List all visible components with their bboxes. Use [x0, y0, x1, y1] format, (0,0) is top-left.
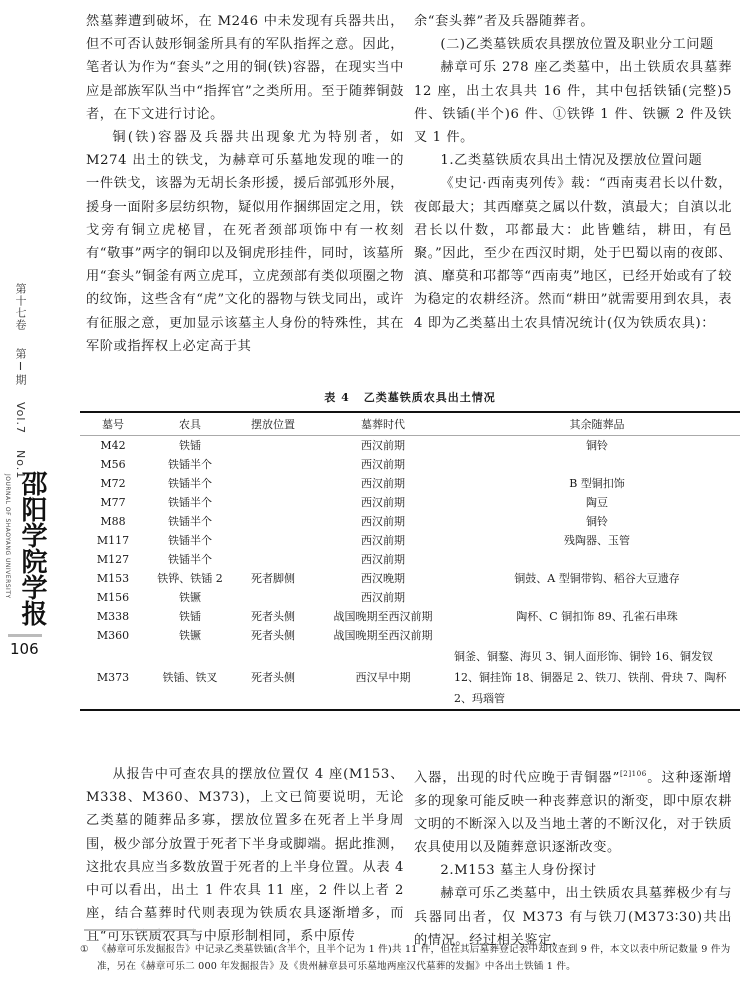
paragraph: 从报告中可查农具的摆放位置仅 4 座(M153、M338、M360、M373)，… [86, 763, 404, 949]
cell-tomb-id: M338 [80, 607, 146, 626]
cell-other-goods: 残陶器、玉管 [454, 531, 740, 550]
volume-en-label: Vol.7 [14, 402, 27, 434]
subsection-heading: 2.M153 墓主人身份探讨 [414, 859, 732, 882]
issue-label: 第Ⅰ期 [12, 348, 28, 386]
footnote: ① 《赫章可乐发掘报告》中记录乙类墓铁锸(含半个，且半个记为 1 件)共 11 … [80, 941, 740, 975]
table-row: M42 铁锸 西汉前期 铜铃 [80, 436, 740, 456]
cell-position [234, 531, 312, 550]
footnote-text: 《赫章可乐发掘报告》中记录乙类墓铁锸(含半个，且半个记为 1 件)共 11 件，… [97, 941, 740, 975]
cell-tomb-id: M88 [80, 512, 146, 531]
cell-tomb-id: M373 [80, 645, 146, 710]
table-row: M88 铁锸半个 西汉前期 铜铃 [80, 512, 740, 531]
cell-position: 死者头侧 [234, 607, 312, 626]
cell-position [234, 588, 312, 607]
table-header-row: 墓号 农具 摆放位置 墓葬时代 其余随葬品 [80, 412, 740, 436]
cell-other-goods: 陶豆 [454, 493, 740, 512]
cell-era: 西汉前期 [312, 531, 454, 550]
volume-issue-info: 第十七卷 第Ⅰ期 Vol.7 No.1 [12, 283, 28, 492]
cell-era: 西汉前期 [312, 588, 454, 607]
paragraph: 余“套头葬”者及兵器随葬者。 [414, 10, 732, 33]
table-title: 乙类墓铁质农具出土情况 [364, 391, 496, 404]
cell-tool: 铁锸半个 [146, 550, 234, 569]
cell-tomb-id: M56 [80, 455, 146, 474]
footnote-mark: ① [80, 941, 89, 958]
cell-tomb-id: M77 [80, 493, 146, 512]
table-caption: 表 4乙类墓铁质农具出土情况 [80, 391, 740, 405]
right-column-bottom: 入器，出现的时代应晚于青铜器”[2]106。这种逐渐增多的现象可能反映一种丧葬意… [414, 763, 732, 952]
cell-tool: 铁锸半个 [146, 493, 234, 512]
journal-name-en: JOURNAL OF SHAOYANG UNIVERSITY [4, 474, 11, 599]
table-row: M127 铁锸半个 西汉前期 [80, 550, 740, 569]
cell-era: 西汉前期 [312, 436, 454, 456]
iron-tools-table: 墓号 农具 摆放位置 墓葬时代 其余随葬品 M42 铁锸 西汉前期 铜铃 M56… [80, 411, 740, 711]
cell-era: 西汉早中期 [312, 645, 454, 710]
paragraph: 《史记·西南夷列传》载：“西南夷君长以什数，夜郎最大；其西靡莫之属以什数，滇最大… [414, 172, 732, 334]
cell-tool: 铁铧、铁锸 2 [146, 569, 234, 588]
cell-position: 死者头侧 [234, 626, 312, 645]
journal-sidebar: 第十七卷 第Ⅰ期 Vol.7 No.1 JOURNAL OF SHAOYANG … [0, 0, 60, 1000]
cell-other-goods: 铜釜、铜鍪、海贝 3、铜人面形饰、铜铃 16、铜发钗 12、铜挂饰 18、铜器足… [454, 645, 740, 710]
cell-other-goods: 铜铃 [454, 436, 740, 456]
cell-tomb-id: M156 [80, 588, 146, 607]
volume-label: 第十七卷 [12, 283, 28, 331]
col-header-other-goods: 其余随葬品 [454, 412, 740, 436]
page-number: 106 [10, 640, 39, 658]
cell-tool: 铁镢 [146, 588, 234, 607]
table-row: M117 铁锸半个 西汉前期 残陶器、玉管 [80, 531, 740, 550]
cell-tomb-id: M153 [80, 569, 146, 588]
table-row: M156 铁镢 西汉前期 [80, 588, 740, 607]
cell-position [234, 493, 312, 512]
col-header-tool: 农具 [146, 412, 234, 436]
cell-position: 死者脚侧 [234, 569, 312, 588]
cell-era: 西汉前期 [312, 550, 454, 569]
cell-tomb-id: M42 [80, 436, 146, 456]
col-header-era: 墓葬时代 [312, 412, 454, 436]
cell-era: 战国晚期至西汉前期 [312, 607, 454, 626]
table-4: 表 4乙类墓铁质农具出土情况 墓号 农具 摆放位置 墓葬时代 其余随葬品 M42… [80, 391, 740, 711]
table-row: M72 铁锸半个 西汉前期 B 型铜扣饰 [80, 474, 740, 493]
cell-position [234, 512, 312, 531]
cell-other-goods: 陶杯、C 铜扣饰 89、孔雀石串珠 [454, 607, 740, 626]
cell-other-goods: 铜鼓、A 型铜带钩、稻谷大豆遗存 [454, 569, 740, 588]
table-row: M373 铁锸、铁叉 死者头侧 西汉早中期 铜釜、铜鍪、海贝 3、铜人面形饰、铜… [80, 645, 740, 710]
cell-other-goods: B 型铜扣饰 [454, 474, 740, 493]
col-header-tomb-id: 墓号 [80, 412, 146, 436]
table-row: M360 铁镢 死者头侧 战国晚期至西汉前期 [80, 626, 740, 645]
cell-position: 死者头侧 [234, 645, 312, 710]
cell-other-goods [454, 588, 740, 607]
cell-other-goods [454, 455, 740, 474]
cell-tool: 铁锸、铁叉 [146, 645, 234, 710]
cell-tomb-id: M117 [80, 531, 146, 550]
left-column-top: 然墓葬遭到破坏，在 M246 中未发现有兵器共出，但不可否认鼓形铜釜所具有的军队… [86, 10, 404, 358]
cell-tool: 铁锸半个 [146, 474, 234, 493]
cell-era: 战国晚期至西汉前期 [312, 626, 454, 645]
cell-tool: 铁锸 [146, 436, 234, 456]
footnote-ref[interactable]: ① [553, 107, 567, 122]
cell-other-goods [454, 626, 740, 645]
cell-tool: 铁锸半个 [146, 531, 234, 550]
cell-tomb-id: M72 [80, 474, 146, 493]
cell-era: 西汉前期 [312, 455, 454, 474]
cell-tomb-id: M127 [80, 550, 146, 569]
paragraph: 然墓葬遭到破坏，在 M246 中未发现有兵器共出，但不可否认鼓形铜釜所具有的军队… [86, 10, 404, 126]
paragraph: 赫章可乐 278 座乙类墓中，出土铁质农具墓葬 12 座，出土农具共 16 件，… [414, 56, 732, 149]
table-row: M77 铁锸半个 西汉前期 陶豆 [80, 493, 740, 512]
cell-tomb-id: M360 [80, 626, 146, 645]
table-row: M153 铁铧、铁锸 2 死者脚侧 西汉晚期 铜鼓、A 型铜带钩、稻谷大豆遗存 [80, 569, 740, 588]
cell-position [234, 436, 312, 456]
cell-other-goods [454, 550, 740, 569]
cell-position [234, 474, 312, 493]
journal-name-cn: 邵阳学院学报 [18, 470, 46, 626]
subsection-heading: 1.乙类墓铁质农具出土情况及摆放位置问题 [414, 149, 732, 172]
paragraph: 入器，出现的时代应晚于青铜器”[2]106。这种逐渐增多的现象可能反映一种丧葬意… [414, 763, 732, 859]
left-column-bottom: 从报告中可查农具的摆放位置仅 4 座(M153、M338、M360、M373)，… [86, 763, 404, 949]
footnote-rule [84, 929, 196, 931]
cell-other-goods: 铜铃 [454, 512, 740, 531]
cell-era: 西汉晚期 [312, 569, 454, 588]
cell-position [234, 550, 312, 569]
paragraph: 铜(铁)容器及兵器共出现象尤为特别者，如 M274 出土的铁戈，为赫章可乐墓地发… [86, 126, 404, 358]
cell-tool: 铁锸 [146, 607, 234, 626]
cell-position [234, 455, 312, 474]
col-header-position: 摆放位置 [234, 412, 312, 436]
cell-era: 西汉前期 [312, 493, 454, 512]
right-column-top: 余“套头葬”者及兵器随葬者。 (二)乙类墓铁质农具摆放位置及职业分工问题 赫章可… [414, 10, 732, 335]
section-heading: (二)乙类墓铁质农具摆放位置及职业分工问题 [414, 33, 732, 56]
cell-tool: 铁锸半个 [146, 455, 234, 474]
cell-era: 西汉前期 [312, 512, 454, 531]
cell-era: 西汉前期 [312, 474, 454, 493]
table-number: 表 4 [324, 391, 349, 404]
cell-tool: 铁锸半个 [146, 512, 234, 531]
table-row: M56 铁锸半个 西汉前期 [80, 455, 740, 474]
page-number-rule [8, 634, 42, 637]
citation-ref[interactable]: [2]106 [620, 770, 647, 778]
paragraph-text: 入器，出现的时代应晚于青铜器” [414, 770, 620, 785]
cell-tool: 铁镢 [146, 626, 234, 645]
table-row: M338 铁锸 死者头侧 战国晚期至西汉前期 陶杯、C 铜扣饰 89、孔雀石串珠 [80, 607, 740, 626]
